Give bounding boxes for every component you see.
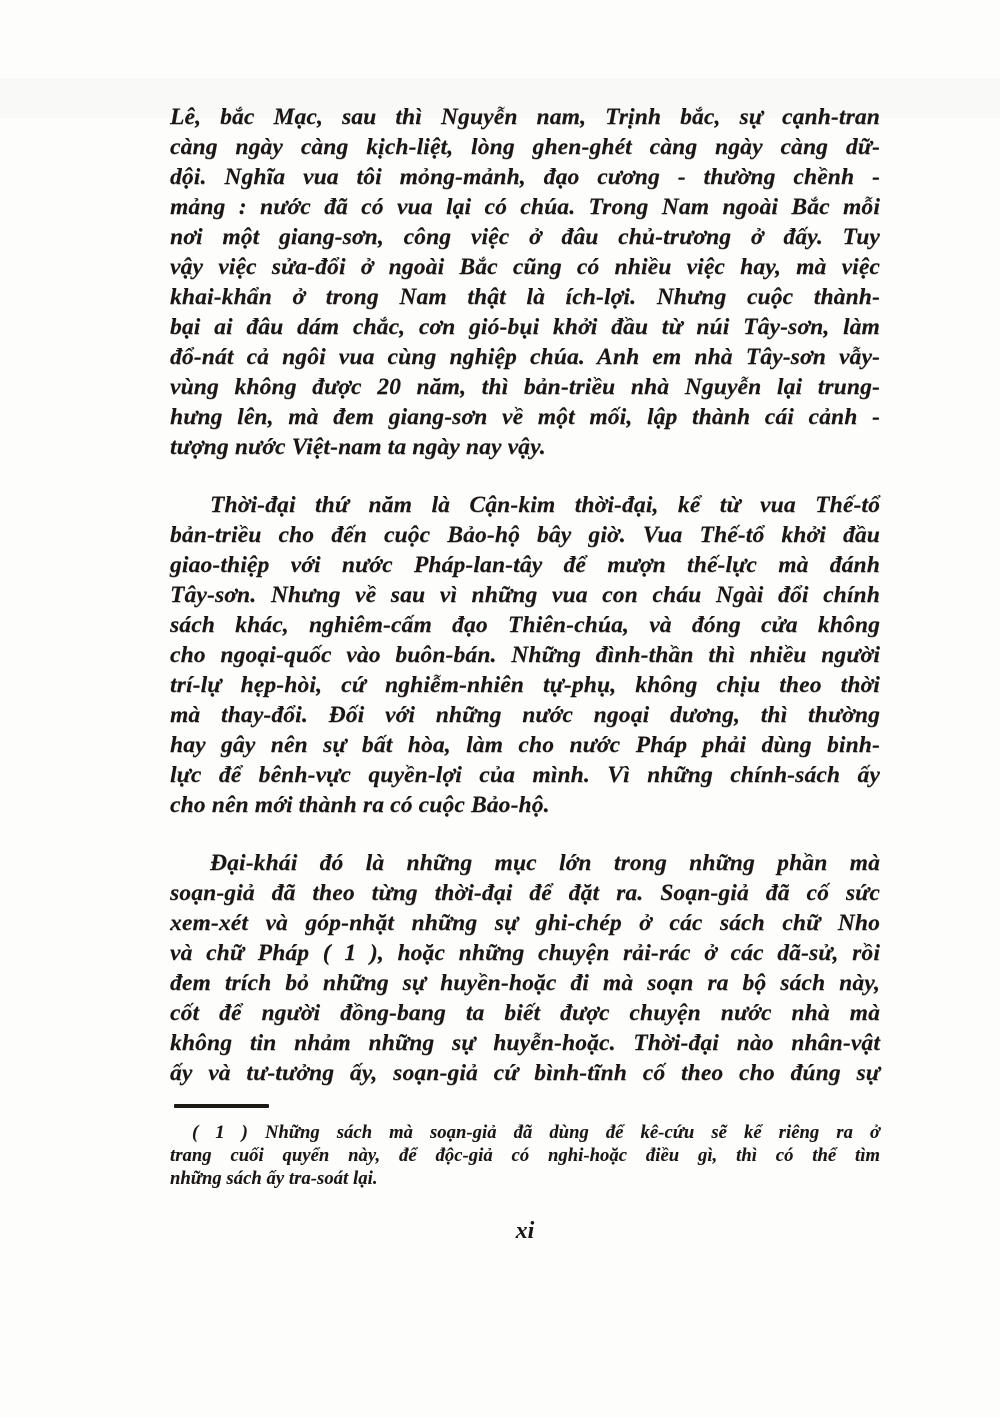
text-line: không tin nhảm những sự huyễn-hoặc. Thời… — [170, 1028, 880, 1058]
paragraph-2: Thời-đại thứ năm là Cận-kim thời-đại, kể… — [170, 490, 880, 820]
text-line: Đại-khái đó là những mục lớn trong những… — [170, 848, 880, 878]
text-line: cho nên mới thành ra có cuộc Bảo-hộ. — [170, 790, 880, 820]
footnote: ( 1 ) Những sách mà soạn-giả đã dùng để … — [170, 1122, 880, 1191]
paragraph-3: Đại-khái đó là những mục lớn trong những… — [170, 848, 880, 1088]
text-line: bản-triều cho đến cuộc Bảo-hộ bây giờ. V… — [170, 520, 880, 550]
text-line: trí-lự hẹp-hòi, cứ nghiễm-nhiên tự-phụ, … — [170, 670, 880, 700]
text-line: nơi một giang-sơn, công việc ở đâu chủ-t… — [170, 222, 880, 252]
text-line: sách khác, nghiêm-cấm đạo Thiên-chúa, và… — [170, 610, 880, 640]
footnote-divider — [174, 1104, 269, 1108]
page-number: xi — [170, 1218, 880, 1245]
text-line: Tây-sơn. Nhưng về sau vì những vua con c… — [170, 580, 880, 610]
text-line: và chữ Pháp ( 1 ), hoặc những chuyện rải… — [170, 938, 880, 968]
text-line: dội. Nghĩa vua tôi mỏng-mảnh, đạo cương … — [170, 162, 880, 192]
text-line: khai-khẩn ở trong Nam thật là ích-lợi. N… — [170, 282, 880, 312]
main-text-block: Lê, bắc Mạc, sau thì Nguyễn nam, Trịnh b… — [170, 102, 880, 1191]
text-line: vậy việc sửa-đổi ở ngoài Bắc cũng có nhi… — [170, 252, 880, 282]
book-page: Lê, bắc Mạc, sau thì Nguyễn nam, Trịnh b… — [0, 0, 1000, 1418]
text-line: lực để bênh-vực quyền-lợi của mình. Vì n… — [170, 760, 880, 790]
text-line: đem trích bỏ những sự huyền-hoặc đi mà s… — [170, 968, 880, 998]
text-line: mảng : nước đã có vua lại có chúa. Trong… — [170, 192, 880, 222]
text-line: mà thay-đổi. Đối với những nước ngoại dư… — [170, 700, 880, 730]
text-line: đổ-nát cả ngôi vua cùng nghiệp chúa. Anh… — [170, 342, 880, 372]
text-line: giao-thiệp với nước Pháp-lan-tây để mượn… — [170, 550, 880, 580]
text-line: bại ai đâu dám chắc, cơn gió-bụi khởi đầ… — [170, 312, 880, 342]
text-line: càng ngày càng kịch-liệt, lòng ghen-ghét… — [170, 132, 880, 162]
text-line: vùng không được 20 năm, thì bản-triều nh… — [170, 372, 880, 402]
footnote-line: trang cuối quyển này, để độc-giả có nghi… — [170, 1145, 880, 1168]
footnote-line: ( 1 ) Những sách mà soạn-giả đã dùng để … — [170, 1122, 880, 1145]
text-line: Lê, bắc Mạc, sau thì Nguyễn nam, Trịnh b… — [170, 102, 880, 132]
paragraph-1: Lê, bắc Mạc, sau thì Nguyễn nam, Trịnh b… — [170, 102, 880, 462]
text-line: Thời-đại thứ năm là Cận-kim thời-đại, kể… — [170, 490, 880, 520]
text-line: tượng nước Việt-nam ta ngày nay vậy. — [170, 432, 880, 462]
text-line: cho ngoại-quốc vào buôn-bán. Những đình-… — [170, 640, 880, 670]
footnote-line: những sách ấy tra-soát lại. — [170, 1168, 880, 1191]
text-line: xem-xét và góp-nhặt những sự ghi-chép ở … — [170, 908, 880, 938]
text-line: cốt để người đồng-bang ta biết được chuy… — [170, 998, 880, 1028]
text-line: hưng lên, mà đem giang-sơn về một mối, l… — [170, 402, 880, 432]
text-line: hay gây nên sự bất hòa, làm cho nước Phá… — [170, 730, 880, 760]
text-line: ấy và tư-tưởng ấy, soạn-giả cứ bình-tĩnh… — [170, 1058, 880, 1088]
text-line: soạn-giả đã theo từng thời-đại để đặt ra… — [170, 878, 880, 908]
